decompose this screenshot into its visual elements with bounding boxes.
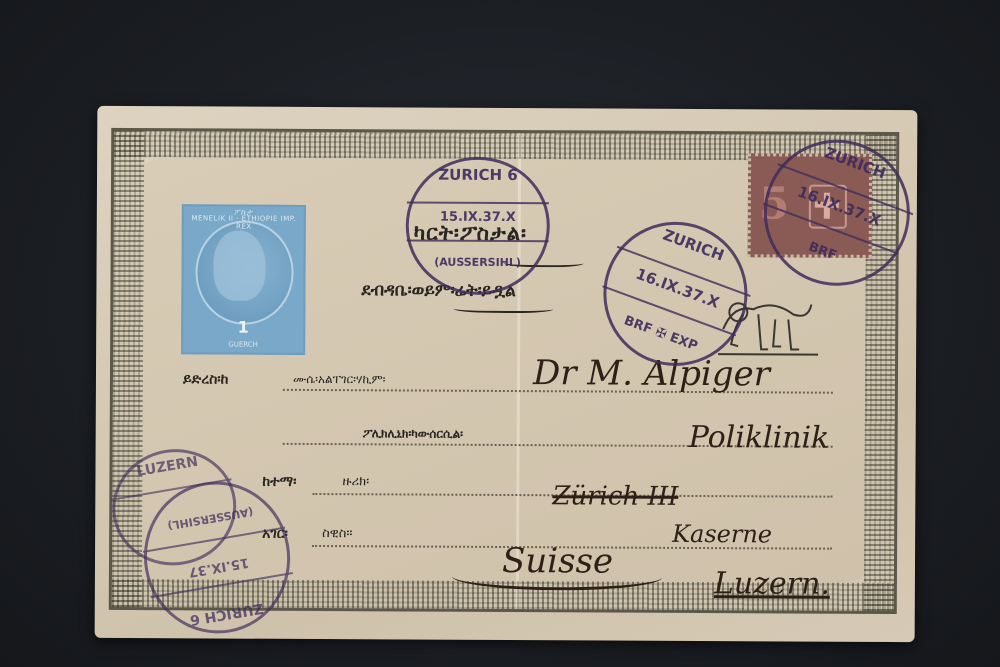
postmark-top-text: ZURICH 6 [409,165,547,184]
postmark-bottom-text: (AUSSERSIHL) [409,255,547,269]
hint-address: ፖሊክሊኒክ፡ካውሰርሲል፡ [363,426,463,442]
postmark-bar [407,201,549,204]
postmark-zurich-6: ZURICH 6 15.IX.37.X (AUSSERSIHL) [405,156,550,295]
handwritten-city-crossed-out: Zürich III [552,481,678,512]
ethiopian-stamp: ፖስታ MENELIK II · ETHIOPIE IMP. REX 1 GUE… [181,204,306,355]
label-recipient: ይድረስ፡ከ [183,371,228,387]
handwritten-address: Poliklinik [689,420,830,456]
hint-recipient: ሙሴ፡አልፐገር፡ሃኪም፡ [293,372,386,387]
handwritten-luzern: Luzern. [714,566,830,602]
postal-card: ፖስታ MENELIK II · ETHIOPIE IMP. REX 1 GUE… [95,106,918,642]
subtitle-flourish [453,303,553,314]
stamp-unit: GUERCH [183,340,303,349]
emperor-portrait-icon [213,230,265,300]
stamp-value: 1 [183,317,303,337]
ornamental-border: ፖስታ MENELIK II · ETHIOPIE IMP. REX 1 GUE… [109,128,900,614]
label-city: ከተማ፡ [262,474,296,490]
postmark-top-text: ZURICH 6 [156,594,297,633]
hint-city: ዙሪክ፡ [342,474,369,489]
postmark-bar [407,239,549,242]
handwritten-kaserne: Kaserne [672,520,772,549]
postmark-date: 15.IX.37 [148,548,289,586]
postmark-date: 15.IX.37.X [409,209,547,225]
stamp-arc-text: MENELIK II · ETHIOPIE IMP. REX [184,214,304,231]
hint-country: ስዊስ፡፡ [322,526,352,541]
